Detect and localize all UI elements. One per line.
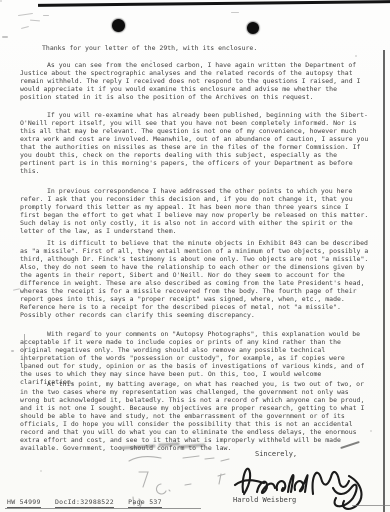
footer-underline <box>5 508 201 509</box>
scan-right-edge-line <box>383 50 385 512</box>
pencil-mark-top-left <box>43 15 49 16</box>
letter-paragraph-3: In previous correspondence I have addres… <box>20 187 372 235</box>
footer-archive-id: HW 54999 <box>7 498 41 508</box>
letter-paragraph-5: With regard to your comments on "Autopsy… <box>20 330 372 386</box>
hole-punch-left <box>112 19 125 32</box>
pencil-mark-top-left <box>21 26 29 29</box>
scan-noise-speckles <box>0 0 2 2</box>
footer-page-number: Page 537 <box>128 498 162 508</box>
archive-footer: HW 54999 DocId:32988522 Page 537 <box>7 498 172 506</box>
pencil-dash-top-right <box>231 12 239 13</box>
scanned-letter-page: Thanks for your letter of the 29th, with… <box>0 0 390 512</box>
pencil-mark-top-left <box>18 13 33 16</box>
typed-signature-name: Harold Weisberg <box>233 496 296 504</box>
pencil-dash-left-margin <box>11 350 14 352</box>
letter-paragraph-4: It is difficult to believe that the minu… <box>20 239 372 319</box>
pencil-dash-left-margin <box>13 288 20 291</box>
pencil-mark-top-left <box>30 20 40 22</box>
footer-underline-right <box>352 505 390 506</box>
letter-opening-line: Thanks for your letter of the 29th, with… <box>42 44 342 52</box>
footer-doc-id: DocId:32988522 <box>55 498 114 508</box>
pencil-margin-bracket <box>24 334 25 370</box>
hole-punch-right <box>247 22 259 34</box>
pencil-mark-left-edge <box>2 36 8 38</box>
scan-top-edge-line <box>38 0 390 6</box>
letter-paragraph-1: As you can see from the enclosed carbon,… <box>20 61 372 101</box>
letter-paragraph-2: If you will re-examine what has already … <box>20 111 372 175</box>
